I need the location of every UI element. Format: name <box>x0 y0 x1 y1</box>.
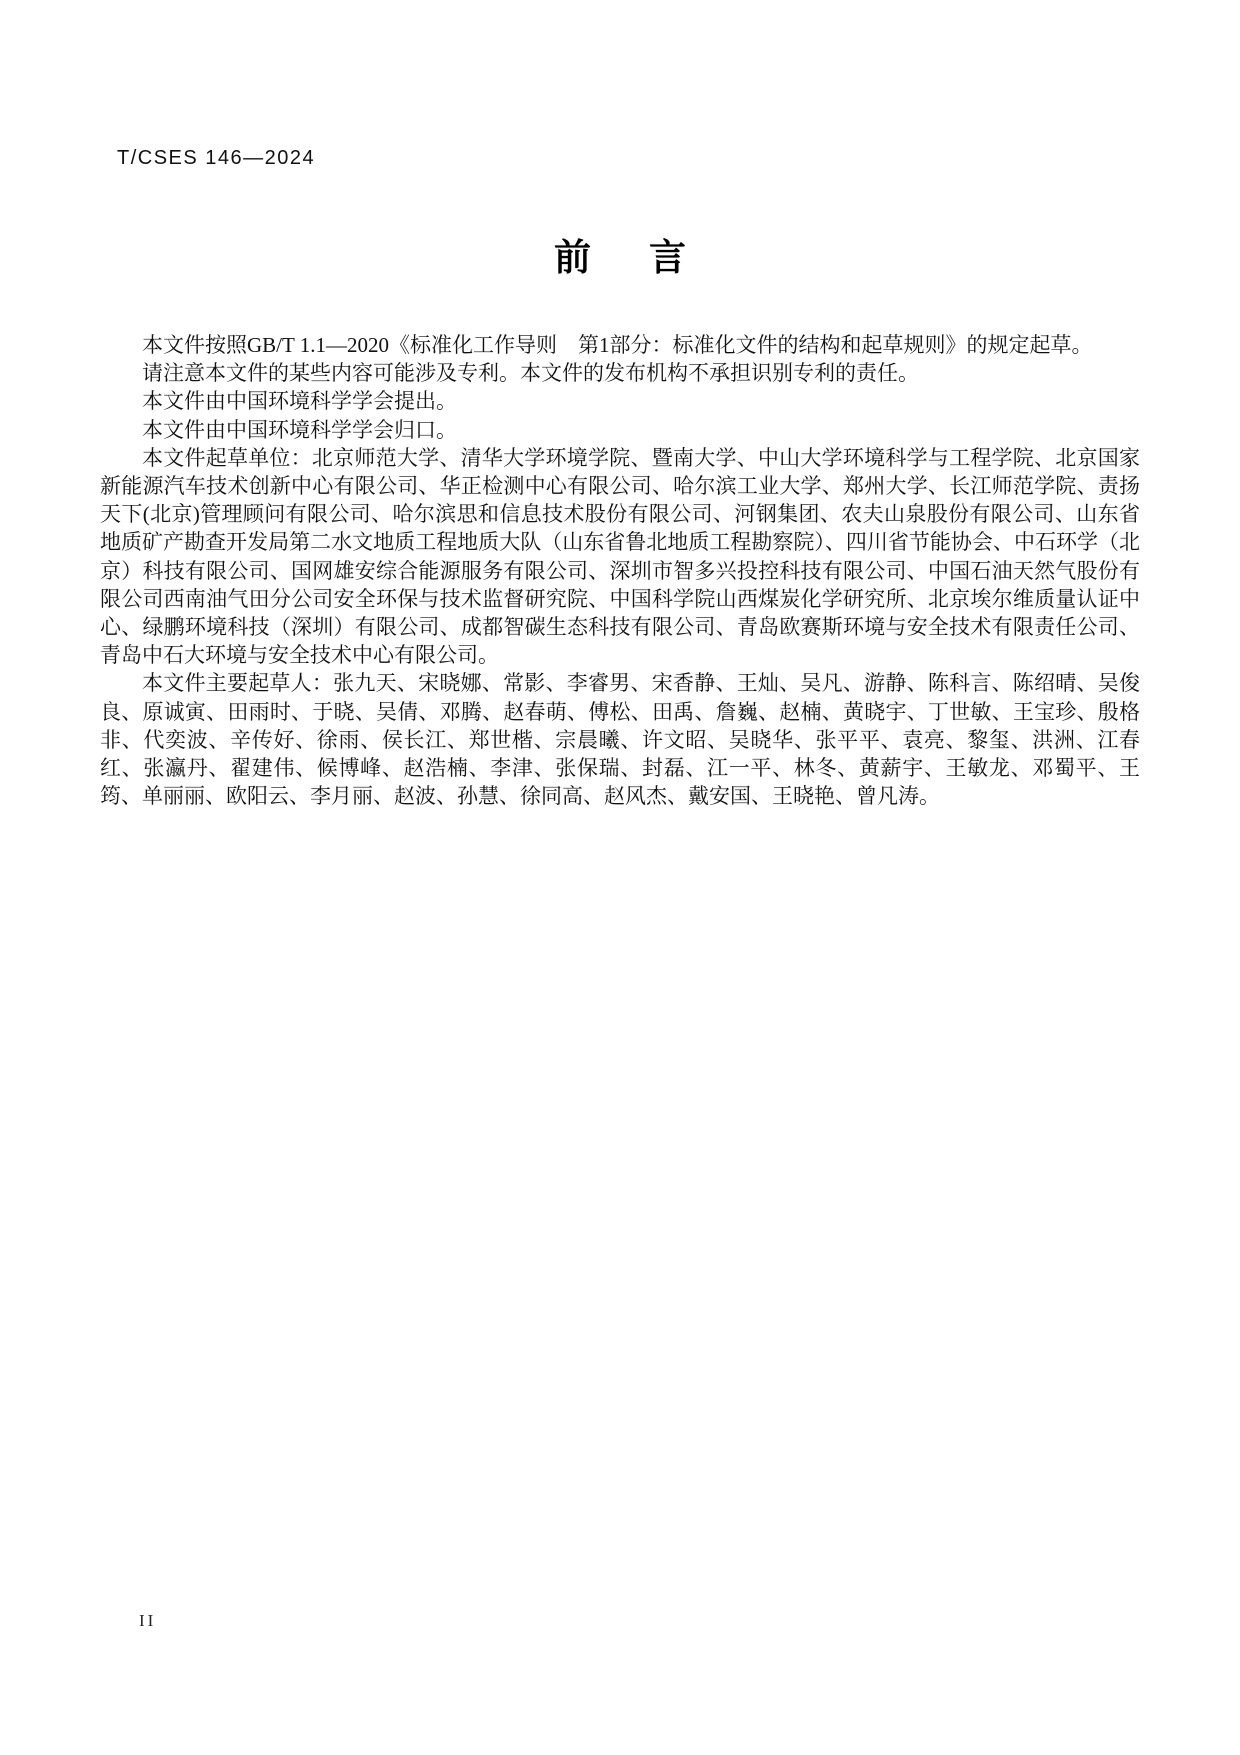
paragraph-main-drafters: 本文件主要起草人：张九天、宋晓娜、常影、李睿男、宋香静、王灿、吴凡、游静、陈科言… <box>100 669 1140 810</box>
standard-code-header: T/CSES 146—2024 <box>117 147 315 170</box>
paragraph-proposed-by: 本文件由中国环境科学学会提出。 <box>100 387 1140 415</box>
page-number: II <box>139 1611 156 1631</box>
paragraph-drafting-rules: 本文件按照GB/T 1.1—2020《标准化工作导则 第1部分：标准化文件的结构… <box>100 331 1140 359</box>
paragraph-under-jurisdiction: 本文件由中国环境科学学会归口。 <box>100 416 1140 444</box>
page-title-char-left: 前 <box>554 237 591 278</box>
paragraph-patent-notice: 请注意本文件的某些内容可能涉及专利。本文件的发布机构不承担识别专利的责任。 <box>100 359 1140 387</box>
page-title: 前言 <box>0 236 1240 280</box>
page-title-char-right: 言 <box>649 237 686 278</box>
document-page: T/CSES 146—2024 前言 本文件按照GB/T 1.1—2020《标准… <box>0 0 1240 1755</box>
paragraph-drafting-organizations: 本文件起草单位：北京师范大学、清华大学环境学院、暨南大学、中山大学环境科学与工程… <box>100 444 1140 670</box>
foreword-body: 本文件按照GB/T 1.1—2020《标准化工作导则 第1部分：标准化文件的结构… <box>100 331 1140 810</box>
